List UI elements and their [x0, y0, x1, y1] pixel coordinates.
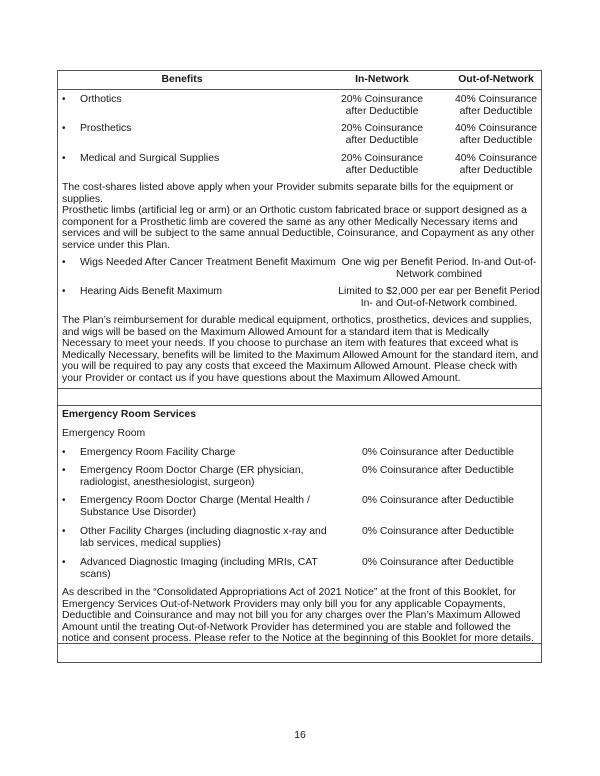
emergency-item-label: Emergency Room Facility Charge — [80, 447, 235, 459]
document-page: Benefits In-Network Out-of-Network •Orth… — [0, 0, 600, 776]
out-of-network-value: after Deductible — [436, 165, 556, 177]
bullet-icon: • — [62, 94, 66, 106]
emergency-item-label: scans) — [80, 569, 111, 581]
header-benefits: Benefits — [57, 74, 307, 86]
maximum-label: Wigs Needed After Cancer Treatment Benef… — [80, 257, 336, 269]
spacer-row — [57, 388, 542, 406]
emergency-subtitle: Emergency Room — [62, 428, 145, 440]
emergency-item-label: Emergency Room Doctor Charge (Mental Hea… — [80, 495, 310, 507]
in-network-value: 20% Coinsurance — [322, 94, 442, 106]
emergency-section-title: Emergency Room Services — [62, 409, 196, 421]
out-of-network-value: 40% Coinsurance — [436, 153, 556, 165]
emergency-item-value: 0% Coinsurance after Deductible — [362, 557, 514, 569]
emergency-item-label: Other Facility Charges (including diagno… — [80, 526, 327, 538]
out-of-network-value: after Deductible — [436, 106, 556, 118]
emergency-item-value: 0% Coinsurance after Deductible — [362, 495, 514, 507]
bullet-icon: • — [62, 447, 66, 459]
header-divider — [57, 89, 542, 90]
page-number: 16 — [0, 730, 600, 741]
emergency-item-value: 0% Coinsurance after Deductible — [362, 465, 514, 477]
emergency-item-label: radiologist, anesthesiologist, surgeon) — [80, 477, 254, 489]
emergency-item-value: 0% Coinsurance after Deductible — [362, 526, 514, 538]
bullet-icon: • — [62, 123, 66, 135]
bullet-icon: • — [62, 153, 66, 165]
in-network-value: after Deductible — [322, 135, 442, 147]
benefit-label: Prosthetics — [80, 123, 131, 135]
bullet-icon: • — [62, 495, 66, 507]
bullet-icon: • — [62, 465, 66, 477]
cost-share-note: The cost-shares listed above apply when … — [62, 182, 540, 205]
benefit-label: Orthotics — [80, 94, 122, 106]
bullet-icon: • — [62, 557, 66, 569]
in-network-value: 20% Coinsurance — [322, 123, 442, 135]
in-network-value: 20% Coinsurance — [322, 153, 442, 165]
out-of-network-value: after Deductible — [436, 135, 556, 147]
maximum-value: In- and Out-of-Network combined. — [322, 298, 556, 310]
in-network-value: after Deductible — [322, 106, 442, 118]
emergency-notice: As described in the “Consolidated Approp… — [62, 587, 540, 645]
emergency-item-label: Emergency Room Doctor Charge (ER physici… — [80, 465, 304, 477]
out-of-network-value: 40% Coinsurance — [436, 123, 556, 135]
bullet-icon: • — [62, 526, 66, 538]
maximum-value: One wig per Benefit Period. In-and Out-o… — [322, 257, 556, 269]
bottom-spacer-row — [57, 643, 542, 663]
emergency-item-value: 0% Coinsurance after Deductible — [362, 447, 514, 459]
emergency-item-label: lab services, medical supplies) — [80, 538, 221, 550]
in-network-value: after Deductible — [322, 165, 442, 177]
prosthetic-note: Prosthetic limbs (artificial leg or arm)… — [62, 205, 540, 251]
header-out-of-network: Out-of-Network — [446, 74, 546, 86]
benefit-label: Medical and Surgical Supplies — [80, 153, 219, 165]
maximum-value: Limited to $2,000 per ear per Benefit Pe… — [322, 286, 556, 298]
header-in-network: In-Network — [332, 74, 432, 86]
out-of-network-value: 40% Coinsurance — [436, 94, 556, 106]
emergency-item-label: Advanced Diagnostic Imaging (including M… — [80, 557, 318, 569]
bullet-icon: • — [62, 257, 66, 269]
maximum-value: Network combined — [322, 269, 556, 281]
maximum-label: Hearing Aids Benefit Maximum — [80, 286, 222, 298]
bullet-icon: • — [62, 286, 66, 298]
emergency-item-label: Substance Use Disorder) — [80, 507, 196, 519]
reimbursement-note: The Plan’s reimbursement for durable med… — [62, 315, 540, 385]
